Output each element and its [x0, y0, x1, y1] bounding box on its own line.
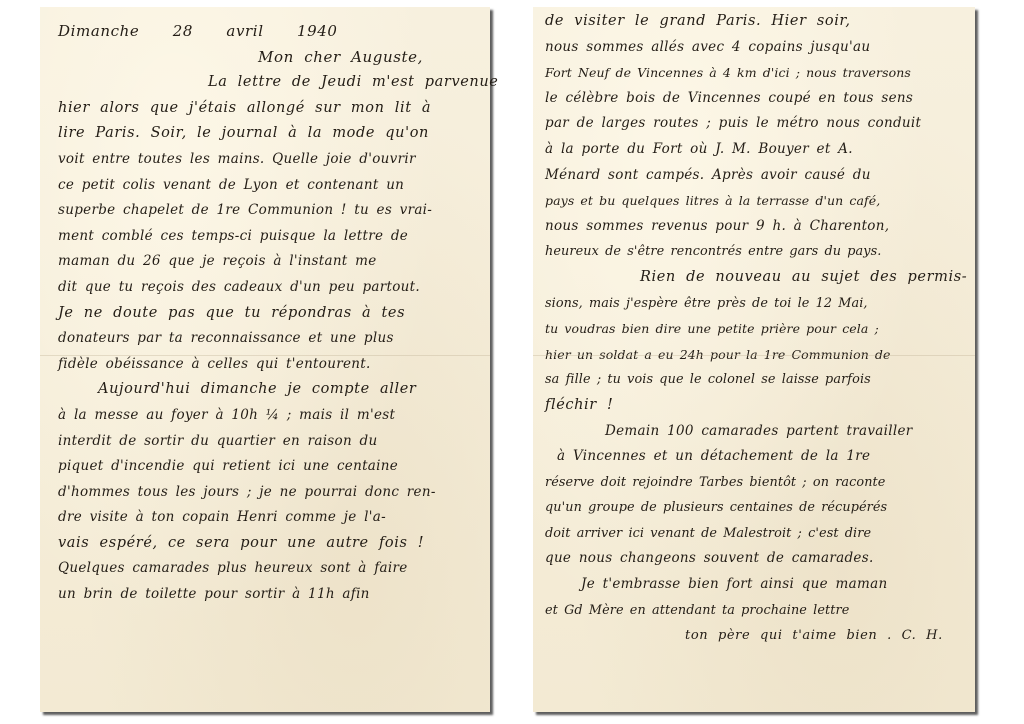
letter-line: à la porte du Fort où J. M. Bouyer et A.: [545, 137, 965, 163]
letter-line: La lettre de Jeudi m'est parvenue: [58, 70, 472, 96]
letter-line: dit que tu reçois des cadeaux d'un peu p…: [58, 275, 472, 301]
letter-line: voit entre toutes les mains. Quelle joie…: [58, 147, 472, 173]
page-fold-line: [40, 355, 490, 356]
letter-line: Rien de nouveau au sujet des permis-: [545, 265, 965, 291]
letter-line: doit arriver ici venant de Malestroit ; …: [545, 521, 965, 547]
letter-line: Je t'embrasse bien fort ainsi que maman: [545, 572, 965, 598]
page-fold-line: [533, 355, 975, 356]
letter-line: sions, mais j'espère être près de toi le…: [545, 291, 965, 317]
letter-line: donateurs par ta reconnaissance et une p…: [58, 326, 472, 352]
letter-signature: ton père qui t'aime bien . C. H.: [545, 623, 965, 649]
letter-line: maman du 26 que je reçois à l'instant me: [58, 249, 472, 275]
letter-line: pays et bu quelques litres à la terrasse…: [545, 188, 965, 214]
letter-line: nous sommes allés avec 4 copains jusqu'a…: [545, 35, 965, 61]
letter-line: Ménard sont campés. Après avoir causé du: [545, 163, 965, 189]
letter-line: vais espéré, ce sera pour une autre fois…: [58, 531, 472, 557]
letter-line: nous sommes revenus pour 9 h. à Charento…: [545, 214, 965, 240]
letter-line: d'hommes tous les jours ; je ne pourrai …: [58, 480, 472, 506]
letter-line: Demain 100 camarades partent travailler: [545, 419, 965, 445]
letter-line: que nous changeons souvent de camarades.: [545, 546, 965, 572]
letter-line: et Gd Mère en attendant ta prochaine let…: [545, 598, 965, 624]
letter-line: tu voudras bien dire une petite prière p…: [545, 316, 965, 342]
letter-line: Fort Neuf de Vincennes à 4 km d'ici ; no…: [545, 60, 965, 86]
letter-line: fléchir !: [545, 393, 965, 419]
letter-line: ment comblé ces temps-ci puisque la lett…: [58, 224, 472, 250]
letter-line: Aujourd'hui dimanche je compte aller: [58, 377, 472, 403]
letter-line: piquet d'incendie qui retient ici une ce…: [58, 454, 472, 480]
letter-line: interdit de sortir du quartier en raison…: [58, 429, 472, 455]
letter-line: à Vincennes et un détachement de la 1re: [545, 444, 965, 470]
letter-line: superbe chapelet de 1re Communion ! tu e…: [58, 198, 472, 224]
letter-line: de visiter le grand Paris. Hier soir,: [545, 9, 965, 35]
letter-line: sa fille ; tu vois que le colonel se lai…: [545, 367, 965, 393]
letter-line: Je ne doute pas que tu répondras à tes: [58, 301, 472, 327]
letter-line: le célèbre bois de Vincennes coupé en to…: [545, 86, 965, 112]
letter-line: ce petit colis venant de Lyon et contena…: [58, 173, 472, 199]
letter-line: heureux de s'être rencontrés entre gars …: [545, 239, 965, 265]
letter-salutation: Mon cher Auguste,: [58, 45, 472, 71]
letter-line: réserve doit rejoindre Tarbes bientôt ; …: [545, 470, 965, 496]
letter-line: hier alors que j'étais allongé sur mon l…: [58, 96, 472, 122]
letter-line: par de larges routes ; puis le métro nou…: [545, 111, 965, 137]
letter-line: lire Paris. Soir, le journal à la mode q…: [58, 121, 472, 147]
letter-line: qu'un groupe de plusieurs centaines de r…: [545, 495, 965, 521]
letter-page-left: Dimanche 28 avril 1940 Mon cher Auguste,…: [40, 7, 490, 712]
letter-line: Quelques camarades plus heureux sont à f…: [58, 556, 472, 582]
letter-date: Dimanche 28 avril 1940: [58, 19, 472, 45]
letter-page-right: de visiter le grand Paris. Hier soir, no…: [533, 7, 975, 712]
letter-line: dre visite à ton copain Henri comme je l…: [58, 505, 472, 531]
letter-line: à la messe au foyer à 10h ¼ ; mais il m'…: [58, 403, 472, 429]
letter-line: un brin de toilette pour sortir à 11h af…: [58, 582, 472, 608]
